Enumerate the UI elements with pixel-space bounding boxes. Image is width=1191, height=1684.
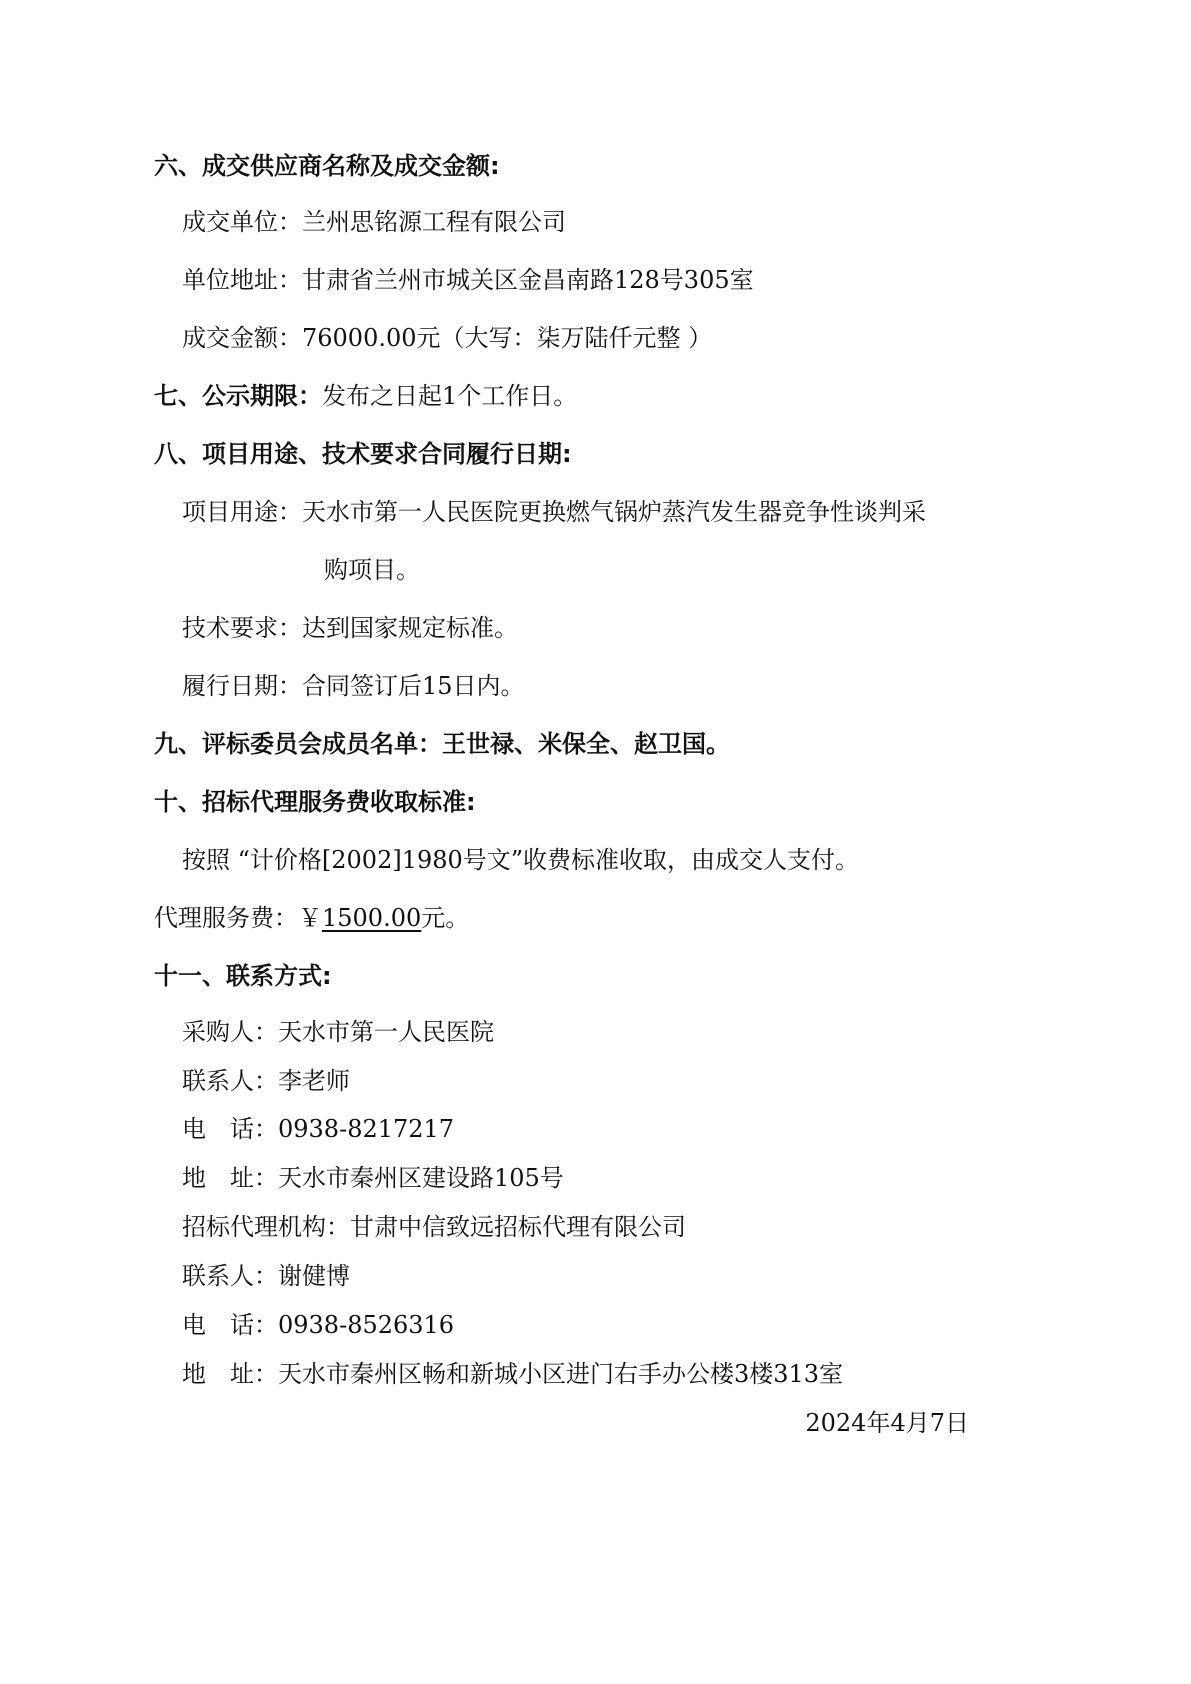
amount-row: 成交金额：76000.00元（大写：柒万陆仟元整 ） bbox=[182, 322, 712, 354]
amount-value: 76000.00元（大写：柒万陆仟元整 ） bbox=[302, 324, 712, 352]
purpose-value: 天水市第一人民医院更换燃气锅炉蒸汽发生器竞争性谈判采 bbox=[302, 498, 926, 526]
agency-row: 招标代理机构：甘肃中信致远招标代理有限公司 bbox=[182, 1211, 686, 1243]
purchaser-contact-label: 联系人： bbox=[182, 1067, 278, 1095]
supplier-row: 成交单位：兰州思铭源工程有限公司 bbox=[182, 206, 566, 238]
purchaser-label: 采购人： bbox=[182, 1018, 278, 1046]
performance-date-label: 履行日期： bbox=[182, 672, 302, 700]
agency-address-row: 地 址：天水市秦州区畅和新城小区进门右手办公楼3楼313室 bbox=[182, 1358, 843, 1390]
purchaser-address-row: 地 址：天水市秦州区建设路105号 bbox=[182, 1162, 564, 1194]
section-9-heading: 九、评标委员会成员名单：王世禄、米保全、赵卫国。 bbox=[154, 728, 730, 760]
purchaser-phone-row: 电 话：0938-8217217 bbox=[182, 1113, 454, 1145]
purchaser-contact-value: 李老师 bbox=[278, 1067, 350, 1095]
tech-requirement-label: 技术要求： bbox=[182, 614, 302, 642]
purchaser-address-value: 天水市秦州区建设路105号 bbox=[278, 1164, 564, 1192]
purchaser-row: 采购人：天水市第一人民医院 bbox=[182, 1016, 494, 1048]
agency-phone-value: 0938-8526316 bbox=[278, 1311, 454, 1339]
purchaser-phone-value: 0938-8217217 bbox=[278, 1115, 454, 1143]
publicity-period-value: 发布之日起1个工作日。 bbox=[322, 382, 577, 410]
agency-contact-row: 联系人：谢健博 bbox=[182, 1260, 350, 1292]
purpose-value-continued: 购项目。 bbox=[324, 554, 420, 586]
amount-label: 成交金额： bbox=[182, 324, 302, 352]
section-10-heading: 十、招标代理服务费收取标准: bbox=[154, 786, 476, 818]
supplier-address-value: 甘肃省兰州市城关区金昌南路128号305室 bbox=[302, 266, 754, 294]
tech-requirement-row: 技术要求：达到国家规定标准。 bbox=[182, 612, 518, 644]
agency-contact-value: 谢健博 bbox=[278, 1262, 350, 1290]
fee-standard-text: 按照 “计价格[2002]1980号文”收费标准收取，由成交人支付。 bbox=[182, 844, 859, 876]
purchaser-value: 天水市第一人民医院 bbox=[278, 1018, 494, 1046]
purchaser-contact-row: 联系人：李老师 bbox=[182, 1065, 350, 1097]
agency-phone-row: 电 话：0938-8526316 bbox=[182, 1309, 454, 1341]
agency-phone-label: 电 话： bbox=[182, 1311, 278, 1339]
agency-value: 甘肃中信致远招标代理有限公司 bbox=[350, 1213, 686, 1241]
section-6-heading: 六、成交供应商名称及成交金额: bbox=[154, 150, 500, 182]
agency-fee-amount: 1500.00 bbox=[322, 904, 421, 932]
agency-label: 招标代理机构： bbox=[182, 1213, 350, 1241]
agency-address-value: 天水市秦州区畅和新城小区进门右手办公楼3楼313室 bbox=[278, 1360, 843, 1388]
purpose-row: 项目用途：天水市第一人民医院更换燃气锅炉蒸汽发生器竞争性谈判采 bbox=[182, 496, 926, 528]
section-7-row: 七、公示期限：发布之日起1个工作日。 bbox=[154, 380, 577, 412]
section-11-heading: 十一、联系方式: bbox=[154, 960, 332, 992]
section-7-heading: 七、公示期限： bbox=[154, 382, 322, 410]
agency-address-label: 地 址： bbox=[182, 1360, 278, 1388]
supplier-value: 兰州思铭源工程有限公司 bbox=[302, 208, 566, 236]
performance-date-row: 履行日期：合同签订后15日内。 bbox=[182, 670, 525, 702]
tech-requirement-value: 达到国家规定标准。 bbox=[302, 614, 518, 642]
supplier-address-label: 单位地址： bbox=[182, 266, 302, 294]
purchaser-address-label: 地 址： bbox=[182, 1164, 278, 1192]
document-date: 2024年4月7日 bbox=[805, 1407, 969, 1439]
purchaser-phone-label: 电 话： bbox=[182, 1115, 278, 1143]
agency-contact-label: 联系人： bbox=[182, 1262, 278, 1290]
purpose-label: 项目用途： bbox=[182, 498, 302, 526]
section-8-heading: 八、项目用途、技术要求合同履行日期: bbox=[154, 438, 572, 470]
agency-fee-unit: 元。 bbox=[421, 904, 469, 932]
agency-fee-label: 代理服务费：￥ bbox=[154, 904, 322, 932]
supplier-address-row: 单位地址：甘肃省兰州市城关区金昌南路128号305室 bbox=[182, 264, 754, 296]
agency-fee-row: 代理服务费：￥1500.00元。 bbox=[154, 902, 469, 934]
performance-date-value: 合同签订后15日内。 bbox=[302, 672, 525, 700]
supplier-label: 成交单位： bbox=[182, 208, 302, 236]
